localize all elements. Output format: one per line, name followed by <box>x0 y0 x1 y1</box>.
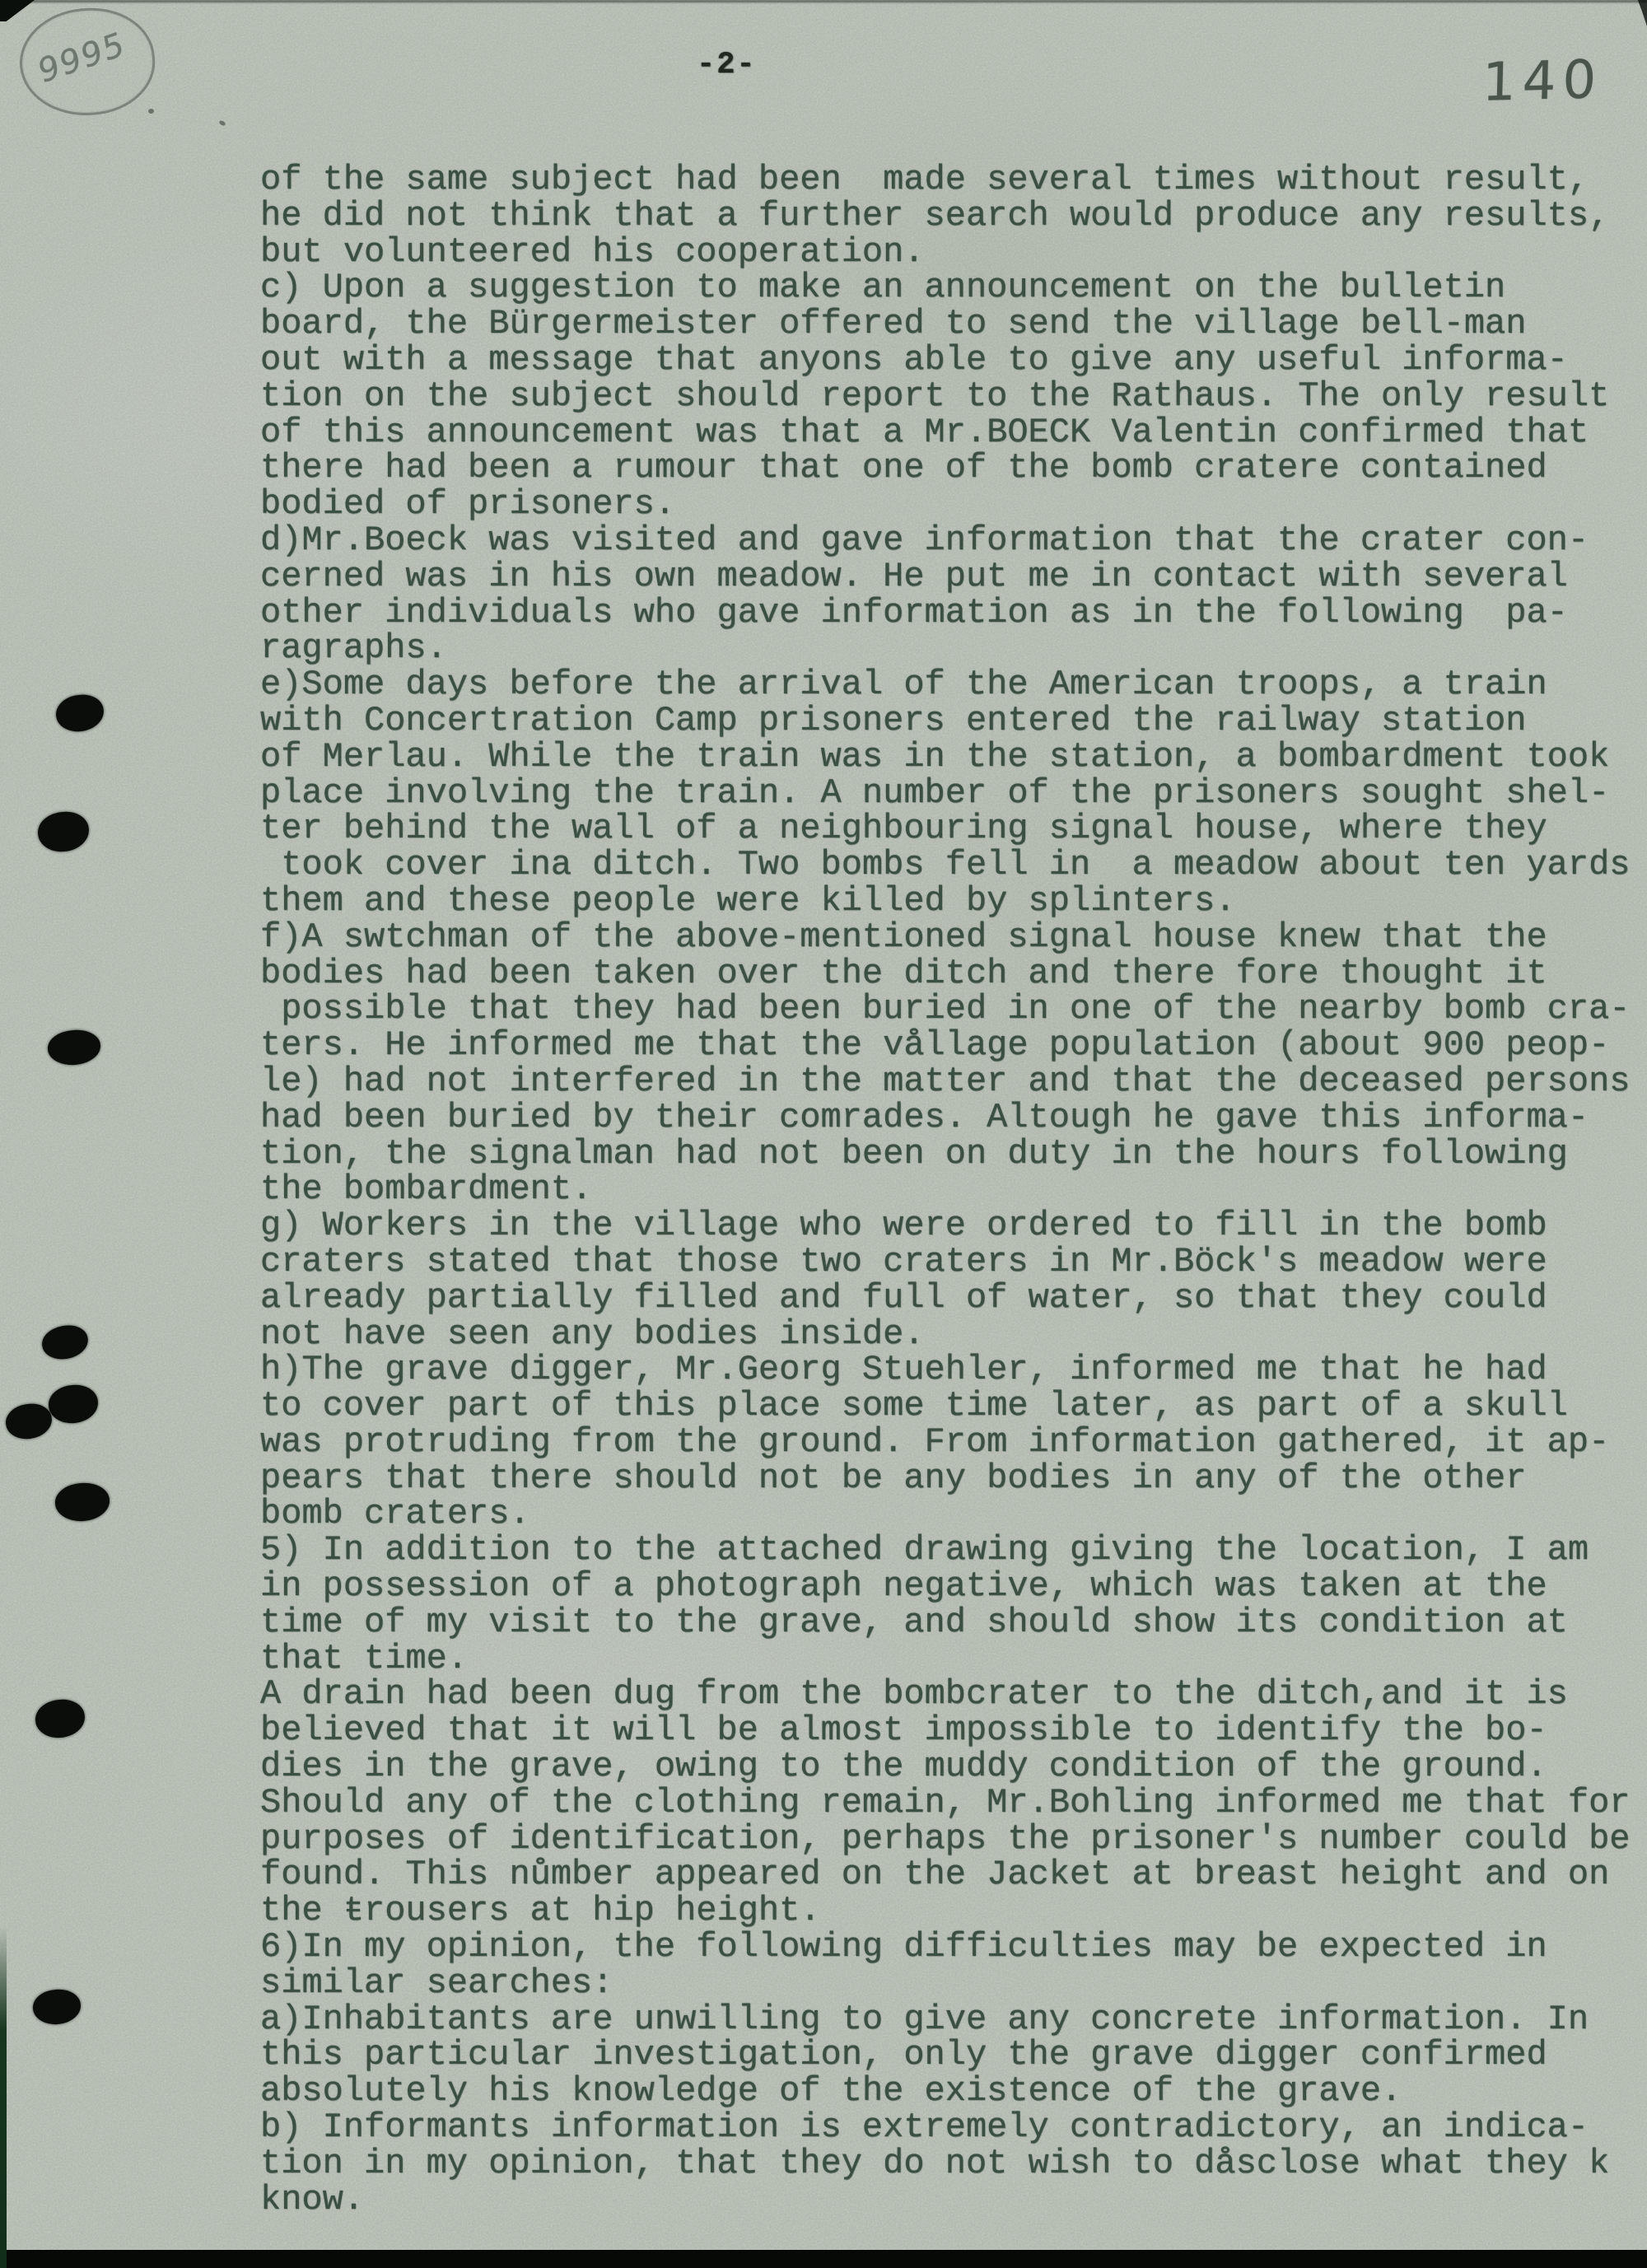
scan-edge-bottom <box>0 2250 1647 2268</box>
pencil-speck <box>218 119 226 126</box>
punch-hole <box>54 1482 110 1522</box>
page-number: -2- <box>697 48 757 82</box>
scan-edge-left <box>0 1927 7 2268</box>
punch-hole <box>36 810 91 854</box>
punch-hole <box>54 692 106 735</box>
punch-hole <box>32 1988 82 2026</box>
scanned-document-page: 9995 -2- 140 of the same subject had bee… <box>0 0 1647 2268</box>
punch-hole <box>40 1322 91 1362</box>
handwritten-number: 9995 <box>35 25 128 91</box>
typewritten-text: of the same subject had been made severa… <box>260 162 1630 2218</box>
pencil-speck <box>148 109 154 114</box>
scan-corner-top-right <box>1634 0 1647 26</box>
scan-edge-top <box>0 0 1647 2</box>
punch-hole <box>47 1029 102 1066</box>
punch-hole <box>34 1697 86 1740</box>
handwritten-circle-annotation: 9995 <box>16 2 160 121</box>
punch-hole <box>47 1383 100 1425</box>
scan-corner-top-left <box>0 0 35 21</box>
folio-number-stamp: 140 <box>1481 49 1603 114</box>
punch-hole <box>3 1401 54 1441</box>
